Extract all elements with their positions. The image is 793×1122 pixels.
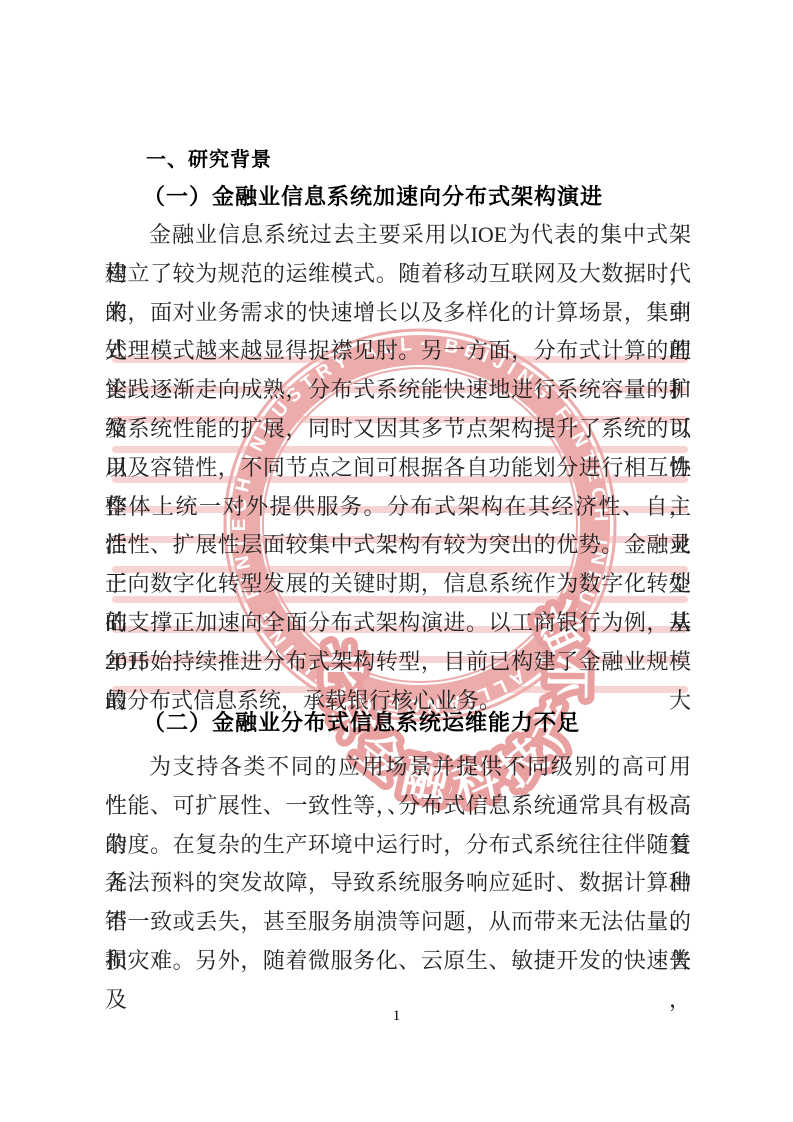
paragraph-line: 不一致或丢失，甚至服务崩溃等问题，从而带来无法估量的损失 [105,903,691,942]
paragraph-line: 杂度。在复杂的生产环境中运行时，分布式系统往往伴随着各种 [105,826,691,865]
paragraph-line: 处理模式越来越显得捉襟见肘。另一方面，分布式计算的理论和 [105,332,691,371]
paragraph-line: 金融业信息系统过去主要采用以IOE为代表的集中式架构， [105,216,691,255]
paragraph-line: 为支持各类不同的应用场景并提供不同级别的高可用性、高 [105,748,691,787]
section-heading-level1: 一、研究背景 [146,147,706,173]
paragraph-line: 无法预料的突发故障，导致系统服务响应延时、数据计算出错、 [105,864,691,903]
paragraph-line: 和灾难。另外，随着微服务化、云原生、敏捷开发的快速普及， [105,942,691,981]
paragraph-line: 活性、扩展性层面较集中式架构有较为突出的优势。金融业正处 [105,526,691,565]
paragraph-line: 来，面对业务需求的快速增长以及多样化的计算场景，集中式的 [105,294,691,333]
document-page: · BEIJING FINTECH INDUSTRY ALLIANCE · BE… [0,0,793,1122]
paragraph-line: 于向数字化转型发展的关键时期，信息系统作为数字化转型的基 [105,565,691,604]
paragraph-line: 整体上统一对外提供服务。分布式架构在其经济性、自主性、灵 [105,488,691,527]
paragraph-line: 建立了较为规范的运维模式。随着移动互联网及大数据时代的到 [105,255,691,294]
paragraph-line: 年开始持续推进分布式架构转型，目前已构建了金融业规模最大 [105,643,691,682]
document-content: 一、研究背景 （一）金融业信息系统加速向分布式架构演进 金融业信息系统过去主要采… [0,0,793,1122]
section-heading-level2-two: （二）金融业分布式信息系统运维能力不足 [143,708,703,738]
paragraph-one: 金融业信息系统过去主要采用以IOE为代表的集中式架构， 建立了较为规范的运维模式… [105,216,691,720]
page-number: 1 [0,1008,793,1025]
paragraph-line: 础支撑正加速向全面分布式架构演进。以工商银行为例，从2015 [105,604,691,643]
paragraph-line: 以及容错性，不同节点之间可根据各自功能划分进行相互协作， [105,449,691,488]
paragraph-line: 及系统性能的扩展，同时又因其多节点架构提升了系统的可用性 [105,410,691,449]
section-heading-level2-one: （一）金融业信息系统加速向分布式架构演进 [143,182,703,212]
paragraph-line: 性能、可扩展性、一致性等，分布式信息系统通常具有极高的复 [105,787,691,826]
paragraph-two: 为支持各类不同的应用场景并提供不同级别的高可用性、高 性能、可扩展性、一致性等，… [105,748,691,981]
paragraph-line: 实践逐渐走向成熟，分布式系统能快速地进行系统容量的扩缩以 [105,371,691,410]
